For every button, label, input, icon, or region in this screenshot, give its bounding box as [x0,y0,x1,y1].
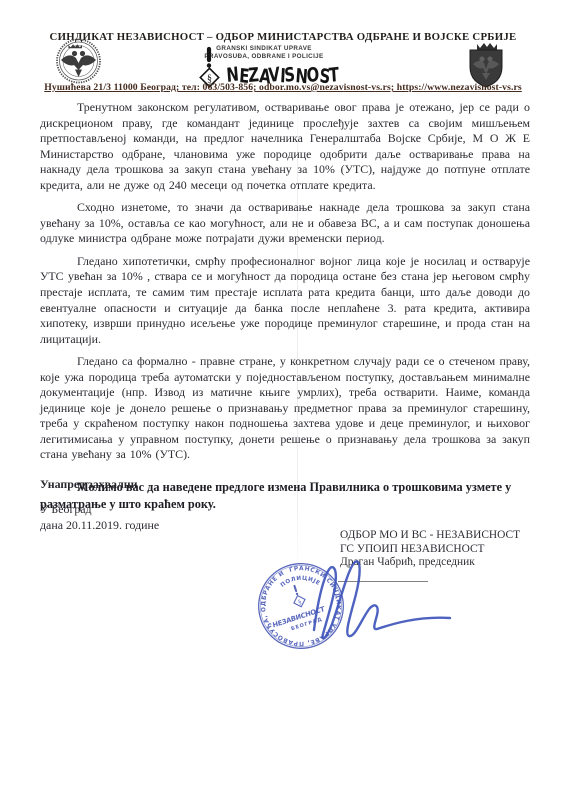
letter-page: СИНДИКАТ НЕЗАВИСНОСТ – ОДБОР МИНИСТАРСТВ… [0,0,566,800]
date-line: дана 20.11.2019. године [40,518,159,533]
letterhead-contact-line: Нушићева 21/3 11000 Београд; тел: 063/50… [0,82,566,93]
paragraph-2: Сходно изнетоме, то значи да остваривање… [40,200,530,247]
paragraph-4: Гледано са формално - правне стране, у к… [40,354,530,463]
place-line: У Београд [40,502,92,517]
signature-org-line-1: ОДБОР МО И ВС - НЕЗАВИСНОСТ [340,529,520,543]
letter-body: Тренутном законском регулативом, оствари… [40,100,530,513]
handwritten-signature [298,550,460,650]
closing-salutation: Унапред захвални [40,477,137,492]
union-badge-icon [55,36,102,86]
paragraph-3: Гледано хипотетички, смрћу професионално… [40,254,530,347]
paragraph-1: Тренутном законском регулативом, оствари… [40,100,530,193]
